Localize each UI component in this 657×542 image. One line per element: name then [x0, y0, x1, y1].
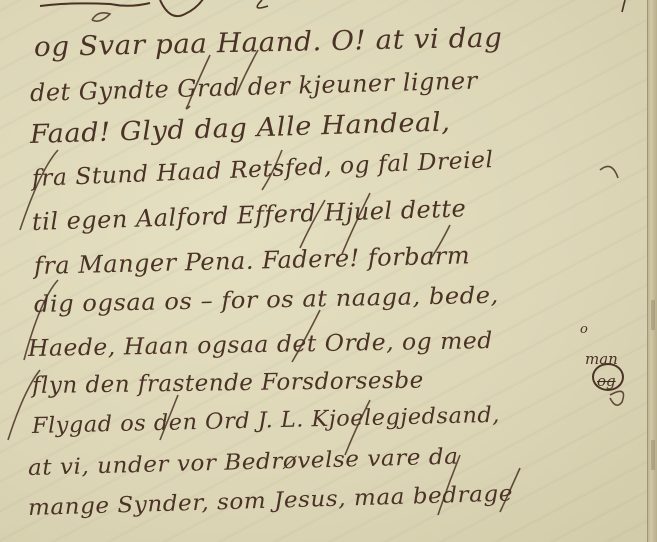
- line-text: Haede, Haan ogsaa det Orde, og med: [28, 328, 493, 362]
- manuscript-line-10: Flygad os den Ord J. L. Kjoelegjedsand,: [32, 403, 501, 439]
- line-text: flyn den frastende Forsdorsesbe: [32, 368, 424, 399]
- manuscript-line-4: fra Stund Haad Retsfed, og fal Dreiel: [31, 147, 494, 192]
- manuscript-line-8: Haede, Haan ogsaa det Orde, og med: [28, 328, 493, 362]
- line-text: Flygad os den Ord J. L. Kjoelegjedsand,: [32, 403, 501, 439]
- line-text: fra Manger Pena. Fadere! forbarm: [34, 241, 471, 280]
- line-text: det Gyndte Grad der kjeuner ligner: [30, 67, 478, 107]
- line-text: at vi, under vor Bedrøvelse vare da: [28, 445, 459, 481]
- correction-circle: [592, 363, 624, 391]
- line-text: dig ogsaa os – for os at naaga, bede,: [34, 283, 499, 318]
- page-gutter-edge: [647, 0, 657, 542]
- line-text: mange Synder, som Jesus, maa bedrage: [28, 481, 514, 521]
- line-text: og Svar paa Haand. O! at vi dag: [34, 22, 503, 63]
- manuscript-line-6: fra Manger Pena. Fadere! forbarm: [34, 241, 471, 280]
- manuscript-line-5: til egen Aalford Efferd Hjuel dette: [32, 194, 467, 236]
- gutter-stain: [651, 300, 655, 330]
- superscript-mark: o: [580, 322, 588, 337]
- manuscript-line-7: dig ogsaa os – for os at naaga, bede,: [34, 283, 499, 318]
- manuscript-page: og Svar paa Haand. O! at vi dag det Gynd…: [0, 0, 657, 542]
- line-text: til egen Aalford Efferd Hjuel dette: [32, 194, 467, 236]
- line-text: Faad! Glyd dag Alle Handeal,: [30, 107, 451, 150]
- manuscript-line-11: at vi, under vor Bedrøvelse vare da: [28, 445, 459, 481]
- gutter-stain: [651, 440, 655, 470]
- manuscript-line-9: flyn den frastende Forsdorsesbe: [32, 368, 424, 399]
- manuscript-line-2: det Gyndte Grad der kjeuner ligner: [30, 67, 478, 107]
- manuscript-line-3: Faad! Glyd dag Alle Handeal,: [30, 107, 451, 150]
- manuscript-line-1: og Svar paa Haand. O! at vi dag: [34, 22, 503, 63]
- manuscript-line-12: mange Synder, som Jesus, maa bedrage: [28, 481, 514, 521]
- line-text: fra Stund Haad Retsfed, og fal Dreiel: [31, 147, 494, 192]
